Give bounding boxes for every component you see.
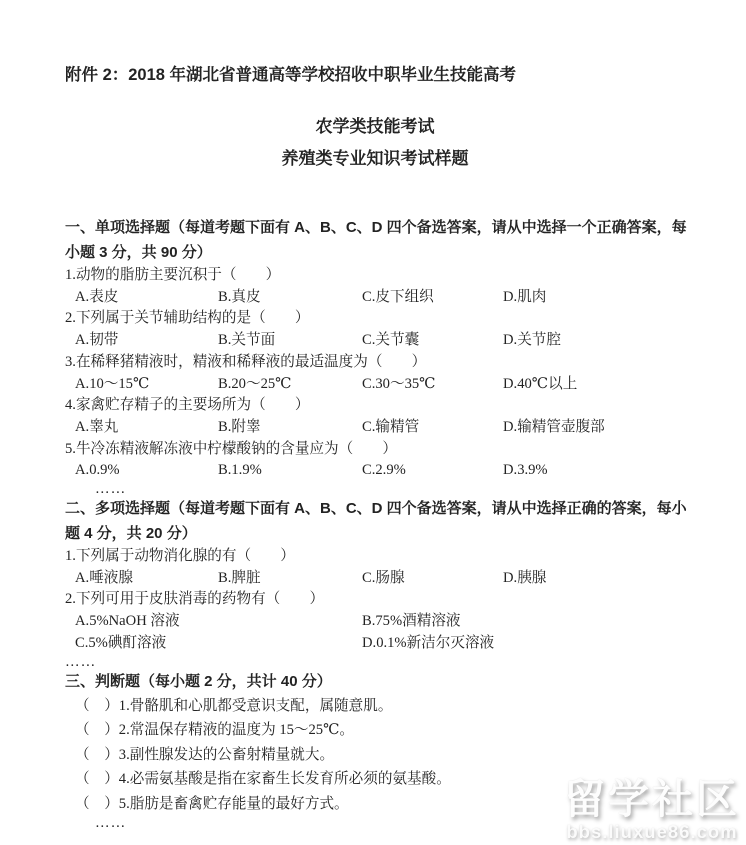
ellipsis-continuation: …… <box>65 655 710 670</box>
option-item: B.1.9% <box>218 460 362 482</box>
section2-heading: 二、多项选择题（每道考题下面有 A、B、C、D 四个备选答案，请从中选择正确的答… <box>65 497 710 546</box>
option-item: C.关节囊 <box>362 330 503 352</box>
section-multi-choice: 二、多项选择题（每道考题下面有 A、B、C、D 四个备选答案，请从中选择正确的答… <box>65 497 710 670</box>
option-item: B.20～25℃ <box>218 374 362 396</box>
option-item: A.睾丸 <box>75 417 218 439</box>
option-item: B.真皮 <box>218 287 362 309</box>
option-item: B.75%酒精溶液 <box>362 611 710 633</box>
attachment-title: 附件 2：2018 年湖北省普通高等学校招收中职毕业生技能高考 <box>65 64 710 86</box>
option-row: A.0.9% B.1.9% C.2.9% D.3.9% <box>75 460 710 482</box>
option-row: A.表皮 B.真皮 C.皮下组织 D.肌肉 <box>75 287 710 309</box>
option-item: D.0.1%新洁尔灭溶液 <box>362 633 710 655</box>
option-item: C.肠腺 <box>362 568 503 590</box>
option-item: A.韧带 <box>75 330 218 352</box>
option-row: A.睾丸 B.附睾 C.输精管 D.输精管壶腹部 <box>75 417 710 439</box>
question-text: 1.动物的脂肪主要沉积于（ ） <box>65 265 710 287</box>
option-item: A.0.9% <box>75 460 218 482</box>
option-item: B.附睾 <box>218 417 362 439</box>
option-item: D.输精管壶腹部 <box>503 417 710 439</box>
section-single-choice: 一、单项选择题（每道考题下面有 A、B、C、D 四个备选答案，请从中选择一个正确… <box>65 216 710 497</box>
option-item: C.2.9% <box>362 460 503 482</box>
question-text: 4.家禽贮存精子的主要场所为（ ） <box>65 395 710 417</box>
question-text: 1.下列属于动物消化腺的有（ ） <box>65 546 710 568</box>
exam-document-page: 附件 2：2018 年湖北省普通高等学校招收中职毕业生技能高考 农学类技能考试 … <box>0 0 746 845</box>
option-item: B.脾脏 <box>218 568 362 590</box>
option-row: A.唾液腺 B.脾脏 C.肠腺 D.胰腺 <box>75 568 710 590</box>
judgment-item: （ ）2.常温保存精液的温度为 15～25℃。 <box>75 718 710 742</box>
option-item: C.输精管 <box>362 417 503 439</box>
option-item: D.40℃以上 <box>503 374 710 396</box>
question-text: 2.下列可用于皮肤消毒的药物有（ ） <box>65 589 710 611</box>
exam-category-title: 农学类技能考试 <box>65 116 685 138</box>
title-block: 农学类技能考试 养殖类专业知识考试样题 <box>65 116 685 170</box>
judgment-item: （ ）4.必需氨基酸是指在家畜生长发育所必须的氨基酸。 <box>75 767 710 791</box>
section1-heading: 一、单项选择题（每道考题下面有 A、B、C、D 四个备选答案，请从中选择一个正确… <box>65 216 710 265</box>
option-item: A.表皮 <box>75 287 218 309</box>
section3-heading-line1: 三、判断题（每小题 2 分，共计 40 分） <box>65 670 710 695</box>
option-item: A.唾液腺 <box>75 568 218 590</box>
section2-heading-line1: 二、多项选择题（每道考题下面有 A、B、C、D 四个备选答案，请从中选择正确的答… <box>65 497 710 522</box>
option-row: A.5%NaOH 溶液 B.75%酒精溶液 C.5%碘酊溶液 D.0.1%新洁尔… <box>75 611 710 654</box>
option-item: B.关节面 <box>218 330 362 352</box>
option-item: D.肌肉 <box>503 287 710 309</box>
option-item: C.5%碘酊溶液 <box>75 633 362 655</box>
judgment-item: （ ）3.副性腺发达的公畜射精量就大。 <box>75 743 710 767</box>
ellipsis-continuation: …… <box>95 816 710 831</box>
section1-heading-line2: 小题 3 分，共 90 分） <box>65 241 710 266</box>
option-item: D.关节腔 <box>503 330 710 352</box>
ellipsis-continuation: …… <box>95 482 710 497</box>
question-text: 3.在稀释猪精液时，精液和稀释液的最适温度为（ ） <box>65 352 710 374</box>
judgment-item: （ ）5.脂肪是畜禽贮存能量的最好方式。 <box>75 792 710 816</box>
exam-paper-title: 养殖类专业知识考试样题 <box>65 148 685 170</box>
section1-heading-line1: 一、单项选择题（每道考题下面有 A、B、C、D 四个备选答案，请从中选择一个正确… <box>65 216 710 241</box>
option-item: C.皮下组织 <box>362 287 503 309</box>
section3-heading: 三、判断题（每小题 2 分，共计 40 分） <box>65 670 710 695</box>
option-row: A.10～15℃ B.20～25℃ C.30～35℃ D.40℃以上 <box>75 374 710 396</box>
option-item: D.胰腺 <box>503 568 710 590</box>
option-item: A.10～15℃ <box>75 374 218 396</box>
option-item: A.5%NaOH 溶液 <box>75 611 362 633</box>
section2-heading-line2: 题 4 分，共 20 分） <box>65 522 710 547</box>
question-text: 2.下列属于关节辅助结构的是（ ） <box>65 308 710 330</box>
option-row: A.韧带 B.关节面 C.关节囊 D.关节腔 <box>75 330 710 352</box>
question-text: 5.牛冷冻精液解冻液中柠檬酸钠的含量应为（ ） <box>65 439 710 461</box>
judgment-item: （ ）1.骨骼肌和心肌都受意识支配，属随意肌。 <box>75 694 710 718</box>
section-true-false: 三、判断题（每小题 2 分，共计 40 分） （ ）1.骨骼肌和心肌都受意识支配… <box>65 670 710 832</box>
option-item: C.30～35℃ <box>362 374 503 396</box>
option-item: D.3.9% <box>503 460 710 482</box>
